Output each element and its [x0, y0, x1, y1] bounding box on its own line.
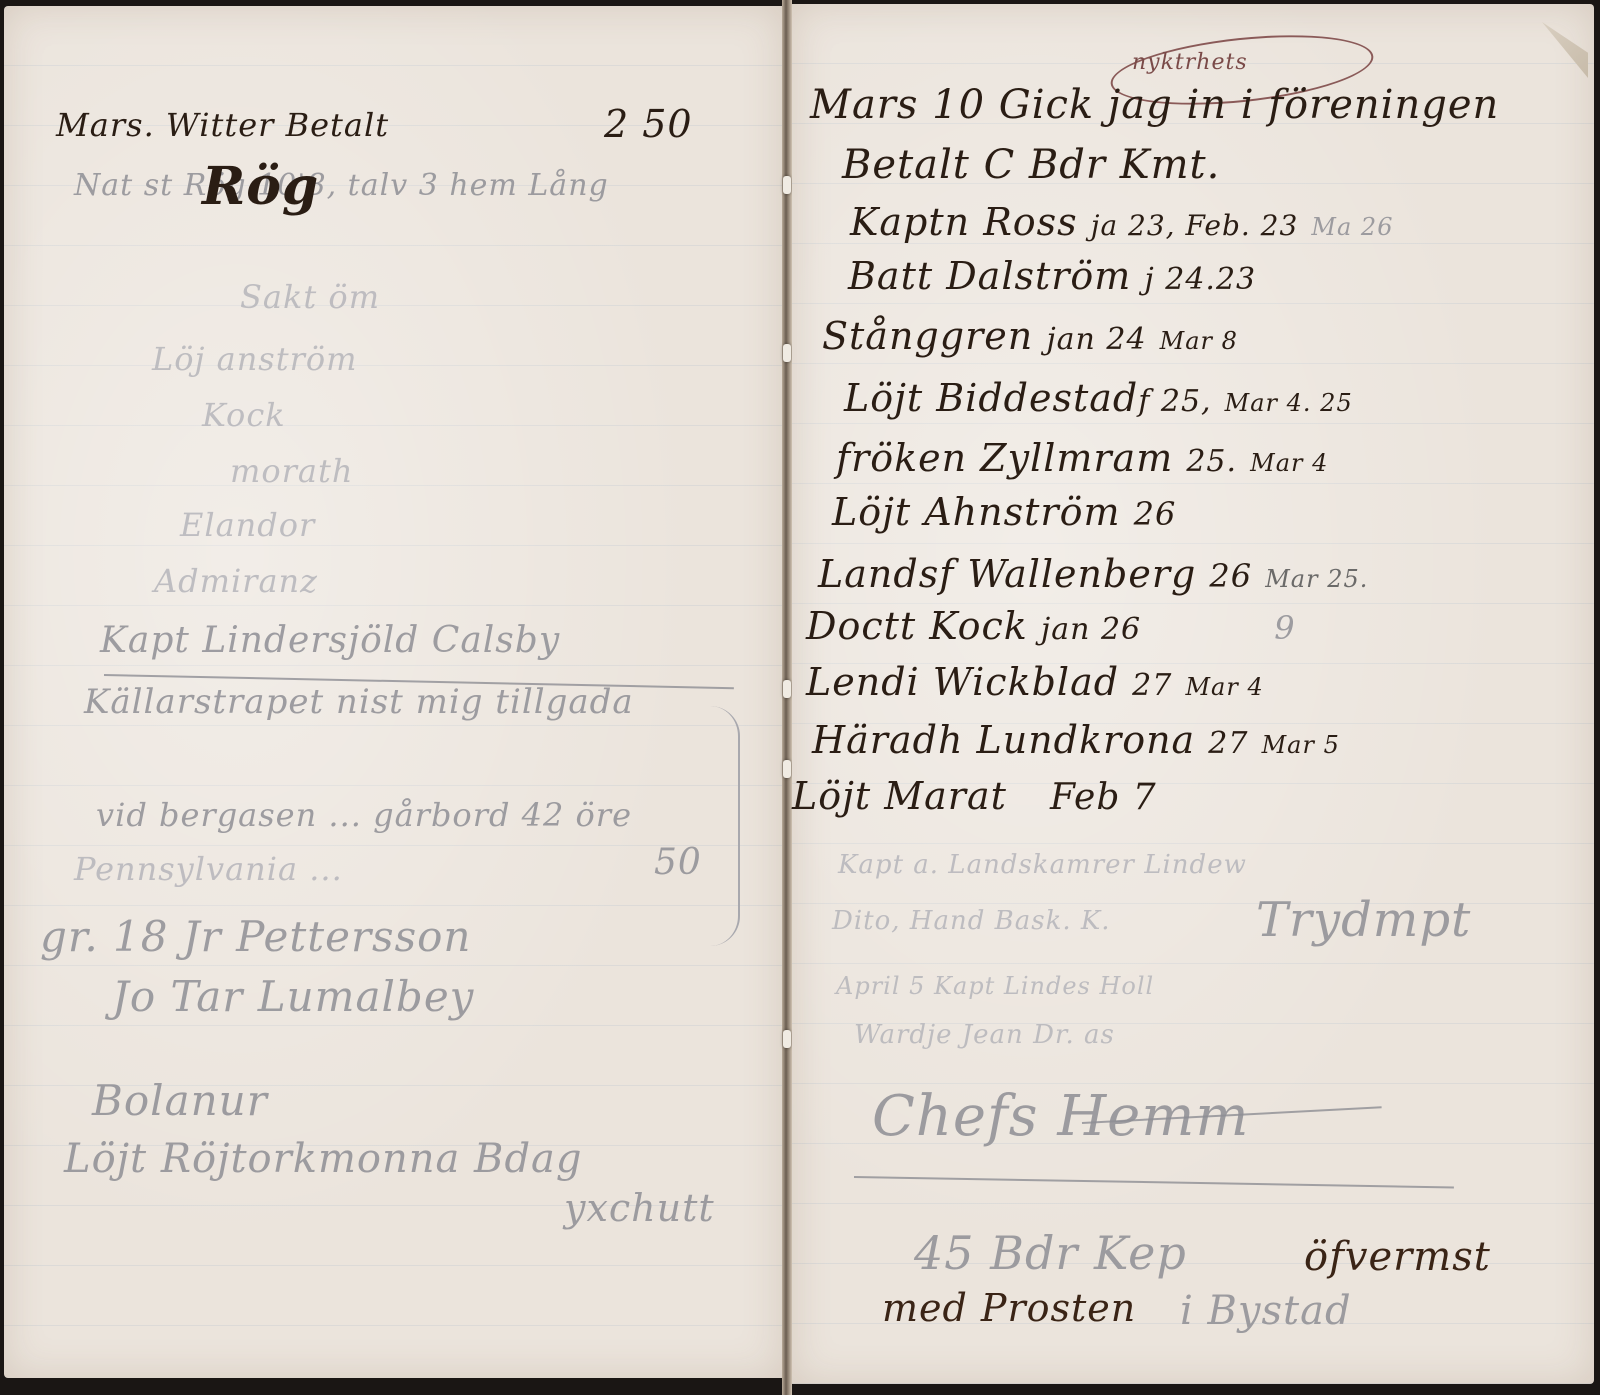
ink-overlay-word: Rög [202, 156, 319, 217]
left-notebook-page: Mars. Witter Betalt 2 50 Nat st Rög 10'8… [4, 6, 782, 1378]
pencil-note: Kapt Lindersjöld Calsby [100, 620, 560, 661]
pencil-note: April 5 Kapt Lindes Holl [836, 972, 1154, 1000]
red-annotation: nyktrhets [1132, 50, 1248, 75]
pencil-note: Jo Tar Lumalbey [112, 972, 474, 1021]
list-item: Landsf Wallenberg 26 Mar 25. [818, 552, 1368, 596]
pencil-note: Wardje Jean Dr. as [854, 1020, 1115, 1050]
binding-stitch [783, 1030, 791, 1048]
list-item: Elandor [180, 506, 315, 544]
binding-stitch [783, 680, 791, 698]
pencil-rule-line [854, 1176, 1454, 1188]
list-item: Admiranz [154, 562, 318, 600]
pencil-note: Källarstrapet nist mig tillgada [84, 682, 634, 722]
right-subtitle-line: Betalt C Bdr Kmt. [842, 142, 1220, 188]
pencil-note: Dito, Hand Bask. K. [832, 906, 1111, 936]
list-item: Lendi Wickblad 27 Mar 4 [806, 660, 1264, 704]
bottom-pencil-note: 45 Bdr Kep [914, 1226, 1187, 1280]
list-item: Batt Dalström j 24.23 [848, 254, 1256, 298]
list-item: morath [230, 452, 353, 490]
list-item: Löjt Marat Feb 7 [792, 774, 1157, 818]
binding-stitch [783, 760, 791, 778]
list-item: Löjt Ahnström 26 [832, 490, 1176, 534]
pencil-note: yxchutt [564, 1186, 715, 1230]
left-header-text: Mars. Witter Betalt [56, 106, 389, 144]
bottom-ink-line: med Prosten [882, 1286, 1136, 1330]
folded-corner [1542, 22, 1588, 78]
pencil-note: gr. 18 Jr Pettersson [40, 912, 471, 961]
pencil-note: Kapt a. Landskamrer Lindew [838, 850, 1247, 880]
list-item: Häradh Lundkrona 27 Mar 5 [812, 718, 1340, 762]
list-item: Kaptn Ross ja 23, Feb. 23 Ma 26 [850, 200, 1393, 244]
list-item: Kock [202, 396, 286, 434]
pencil-note: Pennsylvania ... [74, 850, 343, 888]
bottom-ink-word: öfvermst [1304, 1234, 1491, 1280]
list-item: fröken Zyllmram 25. Mar 4 [836, 436, 1328, 480]
pencil-note: Bolanur [92, 1076, 268, 1125]
list-item: Sakt öm [240, 278, 380, 316]
pencil-signature: Trydmpt [1256, 892, 1471, 948]
binding-stitch [783, 344, 791, 362]
right-title-line: Mars 10 Gick jag in i föreningen [810, 82, 1499, 128]
bottom-pencil-line: i Bystad [1180, 1288, 1352, 1334]
binding-stitch [783, 176, 791, 194]
list-item: Löj anström [152, 340, 357, 378]
left-header-amount: 2 50 [604, 102, 693, 146]
pencil-note: Löjt Röjtorkmonna Bdag [64, 1136, 583, 1182]
pencil-note: vid bergasen ... gårbord 42 öre [96, 796, 632, 834]
right-notebook-page: nyktrhets Mars 10 Gick jag in i förening… [792, 4, 1594, 1384]
left-pencil-line: Nat st Rög 10'8, talv 3 hem Lång [74, 168, 609, 203]
list-item: Löjt Biddestadf 25, Mar 4. 25 [844, 376, 1353, 420]
list-item: Doctt Kock jan 26 9 [806, 604, 1296, 648]
pencil-brace [704, 706, 740, 946]
pencil-amount: 50 [654, 842, 702, 883]
list-item: Stånggren jan 24 Mar 8 [822, 314, 1238, 358]
